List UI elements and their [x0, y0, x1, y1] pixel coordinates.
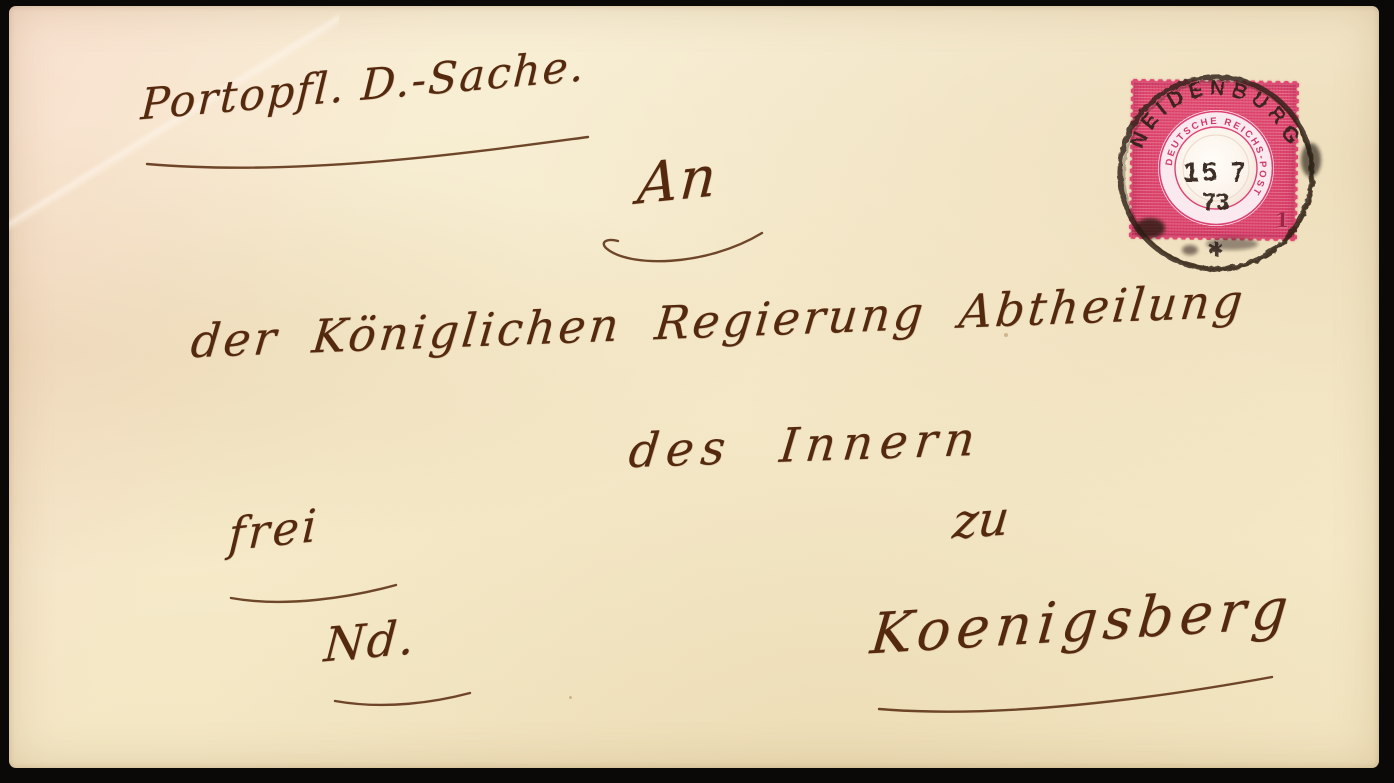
- salutation-an: An: [635, 144, 720, 218]
- paper-speck: [569, 696, 572, 699]
- postage-stamp: 1: [1129, 79, 1299, 241]
- stamp-denomination: 1: [1275, 208, 1289, 232]
- scanned-postal-cover: { "scan": { "background_color": "#0a0908…: [0, 0, 1394, 783]
- origin-note: Nd.: [322, 610, 418, 674]
- stamp-engraving: 1: [1132, 82, 1296, 238]
- address-line-3: zu: [950, 490, 1012, 550]
- frank-note: frei: [227, 498, 321, 561]
